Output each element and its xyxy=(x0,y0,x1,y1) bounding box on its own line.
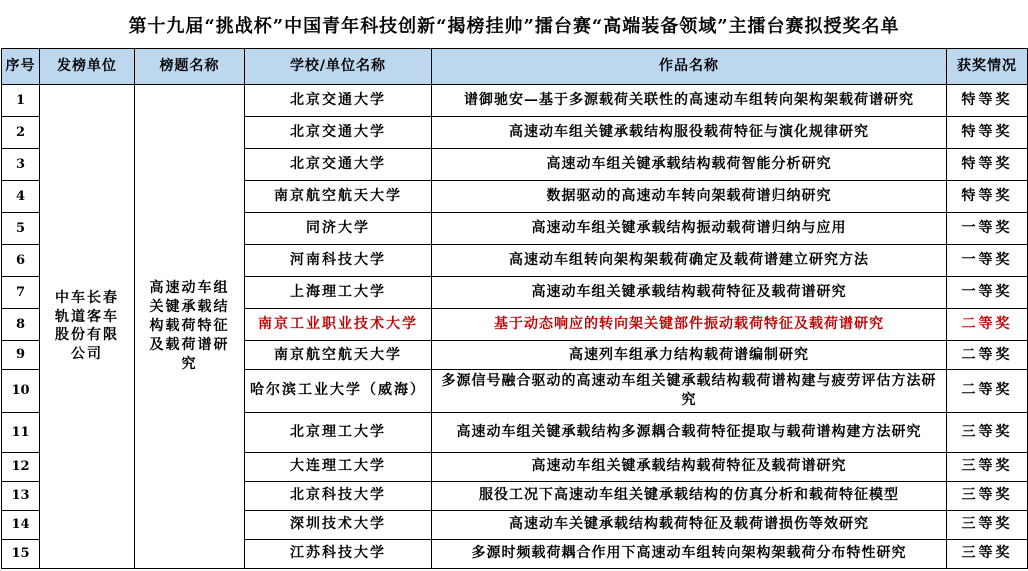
table-row: 1中车长春轨道客车股份有限公司高速动车组关键承载结构载荷特征及载荷谱研究北京交通… xyxy=(2,85,1028,117)
award-cell: 二等奖 xyxy=(947,341,1028,370)
row-number-cell: 2 xyxy=(2,117,40,149)
work-title-cell: 高速列车组承力结构载荷谱编制研究 xyxy=(432,341,947,370)
row-number-cell: 10 xyxy=(2,370,40,413)
award-cell: 一等奖 xyxy=(947,213,1028,245)
column-header-publisher: 发榜单位 xyxy=(40,49,135,85)
work-title-cell: 高速动车组转向架构架载荷确定及载荷谱建立研究方法 xyxy=(432,245,947,277)
school-cell: 同济大学 xyxy=(245,213,432,245)
award-list-page: 第十九届“挑战杯”中国青年科技创新“揭榜挂帅”擂台赛“高端装备领域”主擂台赛拟授… xyxy=(0,0,1028,571)
work-title-cell: 数据驱动的高速动车转向架载荷谱归纳研究 xyxy=(432,181,947,213)
award-cell: 一等奖 xyxy=(947,245,1028,277)
row-number-cell: 11 xyxy=(2,412,40,452)
row-number-cell: 13 xyxy=(2,481,40,510)
row-number-cell: 8 xyxy=(2,309,40,341)
work-title-cell: 高速动车组关键承载结构服役载荷特征与演化规律研究 xyxy=(432,117,947,149)
row-number-cell: 1 xyxy=(2,85,40,117)
column-header-school: 学校/单位名称 xyxy=(245,49,432,85)
school-cell: 北京科技大学 xyxy=(245,481,432,510)
school-cell: 大连理工大学 xyxy=(245,452,432,481)
school-cell: 北京交通大学 xyxy=(245,85,432,117)
work-title-cell: 多源时频载荷耦合作用下高速动车组转向架构架载荷分布特性研究 xyxy=(432,539,947,568)
row-number-cell: 4 xyxy=(2,181,40,213)
award-cell: 三等奖 xyxy=(947,412,1028,452)
school-cell: 哈尔滨工业大学（威海） xyxy=(245,370,432,413)
work-title-cell: 高速动车组关键承载结构载荷智能分析研究 xyxy=(432,149,947,181)
row-number-cell: 5 xyxy=(2,213,40,245)
column-header-award: 获奖情况 xyxy=(947,49,1028,85)
school-cell: 北京理工大学 xyxy=(245,412,432,452)
row-number-cell: 7 xyxy=(2,277,40,309)
award-cell: 特等奖 xyxy=(947,181,1028,213)
award-table: 序号 发榜单位 榜题名称 学校/单位名称 作品名称 获奖情况 1中车长春轨道客车… xyxy=(1,48,1028,569)
award-cell: 二等奖 xyxy=(947,370,1028,413)
publisher-cell: 中车长春轨道客车股份有限公司 xyxy=(40,85,135,569)
work-title-cell: 谱御驰安—基于多源载荷关联性的高速动车组转向架构架载荷谱研究 xyxy=(432,85,947,117)
award-cell: 三等奖 xyxy=(947,452,1028,481)
header-row: 序号 发榜单位 榜题名称 学校/单位名称 作品名称 获奖情况 xyxy=(2,49,1028,85)
school-cell: 上海理工大学 xyxy=(245,277,432,309)
award-cell: 二等奖 xyxy=(947,309,1028,341)
school-cell: 北京交通大学 xyxy=(245,149,432,181)
school-cell: 北京交通大学 xyxy=(245,117,432,149)
page-title: 第十九届“挑战杯”中国青年科技创新“揭榜挂帅”擂台赛“高端装备领域”主擂台赛拟授… xyxy=(1,0,1027,48)
school-cell: 河南科技大学 xyxy=(245,245,432,277)
school-cell: 南京航空航天大学 xyxy=(245,181,432,213)
topic-cell: 高速动车组关键承载结构载荷特征及载荷谱研究 xyxy=(135,85,245,569)
row-number-cell: 6 xyxy=(2,245,40,277)
column-header-topic: 榜题名称 xyxy=(135,49,245,85)
award-cell: 特等奖 xyxy=(947,149,1028,181)
row-number-cell: 15 xyxy=(2,539,40,568)
award-cell: 特等奖 xyxy=(947,117,1028,149)
row-number-cell: 9 xyxy=(2,341,40,370)
table-body: 1中车长春轨道客车股份有限公司高速动车组关键承载结构载荷特征及载荷谱研究北京交通… xyxy=(2,85,1028,569)
work-title-cell: 多源信号融合驱动的高速动车组关键承载结构载荷谱构建与疲劳评估方法研究 xyxy=(432,370,947,413)
work-title-cell: 高速动车组关键承载结构振动载荷谱归纳与应用 xyxy=(432,213,947,245)
work-title-cell: 高速动车组关键承载结构载荷特征及载荷谱研究 xyxy=(432,277,947,309)
work-title-cell: 高速动车组关键承载结构多源耦合载荷特征提取与载荷谱构建方法研究 xyxy=(432,412,947,452)
award-cell: 三等奖 xyxy=(947,481,1028,510)
school-cell: 南京航空航天大学 xyxy=(245,341,432,370)
award-cell: 一等奖 xyxy=(947,277,1028,309)
work-title-cell: 高速动车关键承载结构载荷特征及载荷谱损伤等效研究 xyxy=(432,510,947,539)
award-cell: 三等奖 xyxy=(947,510,1028,539)
school-cell: 深圳技术大学 xyxy=(245,510,432,539)
work-title-cell: 高速动车组关键承载结构载荷特征及载荷谱研究 xyxy=(432,452,947,481)
row-number-cell: 3 xyxy=(2,149,40,181)
row-number-cell: 12 xyxy=(2,452,40,481)
school-cell: 江苏科技大学 xyxy=(245,539,432,568)
row-number-cell: 14 xyxy=(2,510,40,539)
work-title-cell: 基于动态响应的转向架关键部件振动载荷特征及载荷谱研究 xyxy=(432,309,947,341)
school-cell: 南京工业职业技术大学 xyxy=(245,309,432,341)
award-cell: 三等奖 xyxy=(947,539,1028,568)
column-header-work: 作品名称 xyxy=(432,49,947,85)
column-header-no: 序号 xyxy=(2,49,40,85)
work-title-cell: 服役工况下高速动车组关键承载结构的仿真分析和载荷特征模型 xyxy=(432,481,947,510)
award-cell: 特等奖 xyxy=(947,85,1028,117)
